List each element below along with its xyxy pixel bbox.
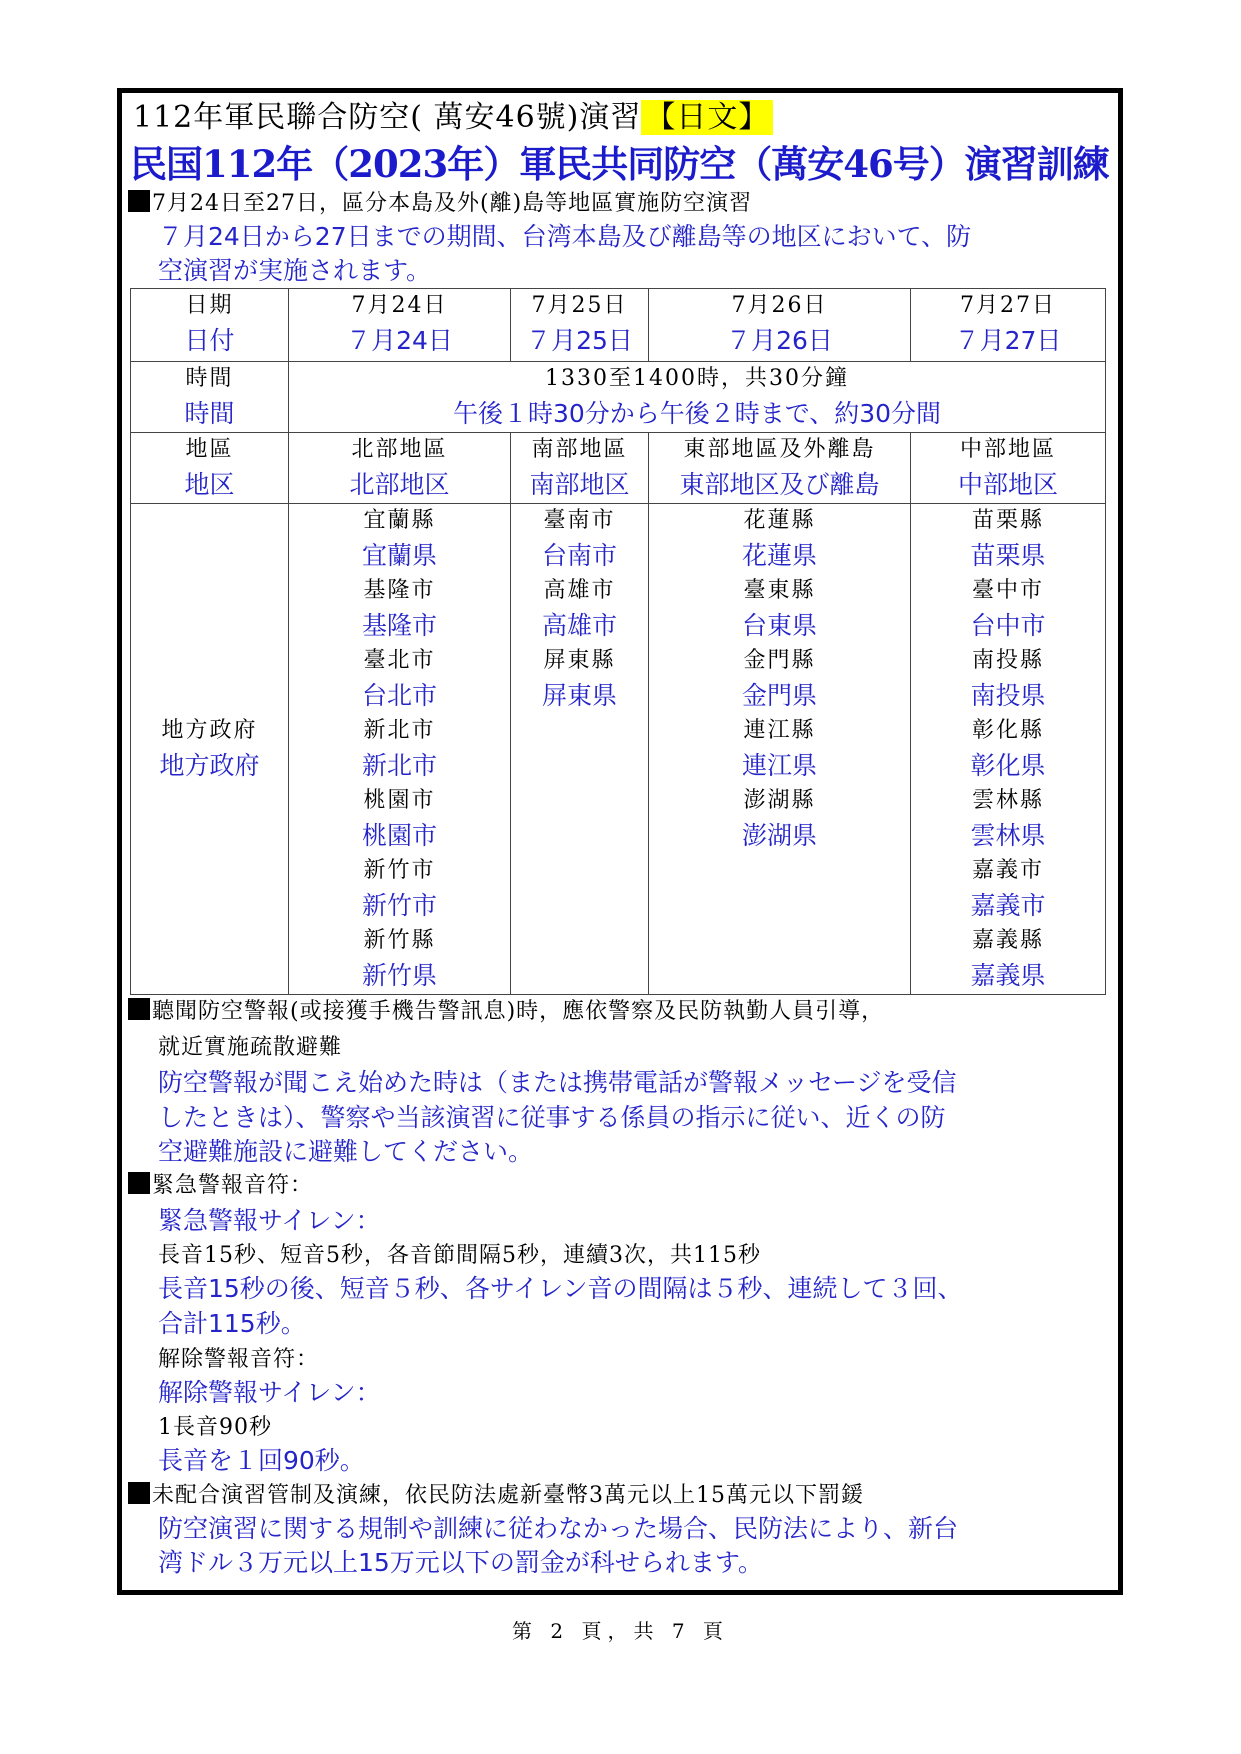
alert-siren-heading-zh: 緊急警報音符：	[128, 1170, 313, 1202]
gov-jp: 新竹市	[289, 888, 510, 924]
gov-zh: 嘉義市	[911, 854, 1105, 888]
title-text: 112年軍民聯合防空( 萬安46號)演習	[133, 100, 641, 135]
region-jp: 北部地区	[289, 467, 510, 503]
gov-jp: 台東県	[649, 608, 910, 644]
region-jp: 南部地区	[511, 467, 648, 503]
date-zh: 7月25日	[511, 289, 648, 323]
region-cell: 東部地區及外離島 東部地区及び離島	[649, 433, 911, 504]
table-row-date: 日期 日付 7月24日 ７月24日 7月25日 ７月25日 7月26日 ７月26…	[131, 289, 1106, 362]
row-header-local-government: 地方政府 地方政府	[131, 504, 289, 995]
gov-jp: 嘉義県	[911, 958, 1105, 994]
gov-jp: 苗栗県	[911, 538, 1105, 574]
alert-heading-text: 緊急警報音符：	[152, 1173, 313, 1198]
gov-list-east: 花蓮縣 花蓮県 臺東縣 台東県 金門縣 金門県 連江縣 連江県 澎湖縣 澎湖県	[649, 504, 911, 995]
gov-jp: 新北市	[289, 748, 510, 784]
region-zh: 南部地區	[511, 433, 648, 467]
date-jp: ７月27日	[911, 323, 1105, 359]
gov-jp: 桃園市	[289, 818, 510, 854]
gov-jp: 金門県	[649, 678, 910, 714]
date-cell: 7月25日 ７月25日	[511, 289, 649, 362]
gov-jp: 台北市	[289, 678, 510, 714]
gov-zh: 新竹市	[289, 854, 510, 888]
gov-list-central: 苗栗縣 苗栗県 臺中市 台中市 南投縣 南投県 彰化縣 彰化県 雲林縣 雲林県 …	[911, 504, 1106, 995]
clear-siren-heading-jp: 解除警報サイレン：	[158, 1376, 381, 1410]
gov-jp: 南投県	[911, 678, 1105, 714]
label-zh: 時間	[131, 362, 288, 396]
gov-zh: 花蓮縣	[649, 504, 910, 538]
date-zh: 7月24日	[289, 289, 510, 323]
row-header-date: 日期 日付	[131, 289, 289, 362]
evacuation-jp-line2: したときは）、警察や当該演習に従事する係員の指示に従い、近くの防	[158, 1101, 946, 1135]
gov-zh: 澎湖縣	[649, 784, 910, 818]
intro-zh: 7月24日至27日，區分本島及外(離)島等地區實施防空演習	[128, 188, 752, 220]
clear-siren-desc-jp: 長音を１回90秒。	[158, 1444, 365, 1478]
penalty-jp-line2: 湾ドル３万元以上15万元以下の罰金が科せられます。	[158, 1546, 763, 1580]
evacuation-jp-line1: 防空警報が聞こえ始めた時は（または携帯電話が警報メッセージを受信	[158, 1066, 957, 1100]
gov-zh: 新北市	[289, 714, 510, 748]
label-zh: 地區	[131, 433, 288, 467]
bullet-square-icon	[128, 190, 150, 212]
gov-zh: 臺中市	[911, 574, 1105, 608]
gov-zh: 彰化縣	[911, 714, 1105, 748]
document-title-zh: 112年軍民聯合防空( 萬安46號)演習【日文】	[133, 98, 773, 138]
region-jp: 東部地区及び離島	[649, 467, 910, 503]
intro-zh-text: 7月24日至27日，區分本島及外(離)島等地區實施防空演習	[152, 191, 752, 216]
gov-jp: 基隆市	[289, 608, 510, 644]
label-jp: 地方政府	[131, 748, 288, 784]
gov-jp: 連江県	[649, 748, 910, 784]
bullet-square-icon	[128, 1482, 150, 1504]
label-jp: 時間	[131, 396, 288, 432]
date-cell: 7月26日 ７月26日	[649, 289, 911, 362]
intro-jp-line1: ７月24日から27日までの期間、台湾本島及び離島等の地区において、防	[158, 220, 971, 254]
date-cell: 7月27日 ７月27日	[911, 289, 1106, 362]
region-cell: 中部地區 中部地区	[911, 433, 1106, 504]
date-jp: ７月26日	[649, 323, 910, 359]
document-title-jp: 民国112年（2023年）軍民共同防空（萬安46号）演習訓練	[130, 140, 1109, 188]
alert-siren-desc-zh: 長音15秒、短音5秒，各音節間隔5秒，連續3次，共115秒	[158, 1240, 761, 1272]
date-zh: 7月27日	[911, 289, 1105, 323]
time-zh: 1330至1400時，共30分鐘	[289, 362, 1105, 396]
label-zh: 地方政府	[131, 714, 288, 748]
language-tag-highlight: 【日文】	[641, 100, 773, 135]
gov-zh: 宜蘭縣	[289, 504, 510, 538]
evacuation-jp-line3: 空避難施設に避難してください。	[158, 1135, 533, 1169]
time-cell: 1330至1400時，共30分鐘 午後１時30分から午後２時まで、約30分間	[289, 362, 1106, 433]
gov-zh: 苗栗縣	[911, 504, 1105, 538]
bullet-square-icon	[128, 998, 150, 1020]
region-cell: 北部地區 北部地区	[289, 433, 511, 504]
region-zh: 東部地區及外離島	[649, 433, 910, 467]
gov-jp: 高雄市	[511, 608, 648, 644]
gov-zh: 南投縣	[911, 644, 1105, 678]
table-row-time: 時間 時間 1330至1400時，共30分鐘 午後１時30分から午後２時まで、約…	[131, 362, 1106, 433]
gov-list-south: 臺南市 台南市 高雄市 高雄市 屏東縣 屏東県	[511, 504, 649, 995]
gov-zh: 基隆市	[289, 574, 510, 608]
row-header-time: 時間 時間	[131, 362, 289, 433]
gov-jp: 彰化県	[911, 748, 1105, 784]
gov-zh: 新竹縣	[289, 924, 510, 958]
gov-jp: 嘉義市	[911, 888, 1105, 924]
evacuation-zh-text: 聽聞防空警報(或接獲手機告警訊息)時，應依警察及民防執勤人員引導，	[152, 999, 884, 1024]
gov-jp: 新竹県	[289, 958, 510, 994]
gov-zh: 臺東縣	[649, 574, 910, 608]
evacuation-zh-line2: 就近實施疏散避難	[158, 1032, 342, 1064]
clear-siren-desc-zh: 1長音90秒	[158, 1412, 272, 1444]
gov-zh: 臺南市	[511, 504, 648, 538]
intro-jp-line2: 空演習が実施されます。	[158, 254, 431, 288]
label-zh: 日期	[131, 289, 288, 323]
page-number: 第 2 頁，共 7 頁	[0, 1615, 1241, 1644]
penalty-zh-text: 未配合演習管制及演練，依民防法處新臺幣3萬元以上15萬元以下罰鍰	[152, 1483, 864, 1508]
region-zh: 中部地區	[911, 433, 1105, 467]
time-jp: 午後１時30分から午後２時まで、約30分間	[289, 396, 1105, 432]
clear-siren-heading-zh: 解除警報音符：	[158, 1344, 319, 1376]
date-cell: 7月24日 ７月24日	[289, 289, 511, 362]
gov-list-north: 宜蘭縣 宜蘭県 基隆市 基隆市 臺北市 台北市 新北市 新北市 桃園市 桃園市 …	[289, 504, 511, 995]
date-jp: ７月24日	[289, 323, 510, 359]
gov-zh: 高雄市	[511, 574, 648, 608]
gov-zh: 臺北市	[289, 644, 510, 678]
gov-jp: 花蓮県	[649, 538, 910, 574]
label-jp: 地区	[131, 467, 288, 503]
label-jp: 日付	[131, 323, 288, 359]
gov-zh: 金門縣	[649, 644, 910, 678]
alert-siren-desc-jp-line2: 合計115秒。	[158, 1307, 306, 1341]
gov-jp: 雲林県	[911, 818, 1105, 854]
penalty-zh: 未配合演習管制及演練，依民防法處新臺幣3萬元以上15萬元以下罰鍰	[128, 1480, 864, 1512]
penalty-jp-line1: 防空演習に関する規制や訓練に従わなかった場合、民防法により、新台	[158, 1512, 958, 1546]
region-zh: 北部地區	[289, 433, 510, 467]
gov-zh: 嘉義縣	[911, 924, 1105, 958]
gov-jp: 台南市	[511, 538, 648, 574]
gov-zh: 雲林縣	[911, 784, 1105, 818]
gov-jp: 台中市	[911, 608, 1105, 644]
alert-siren-heading-jp: 緊急警報サイレン：	[158, 1204, 381, 1238]
row-header-region: 地區 地区	[131, 433, 289, 504]
gov-jp: 宜蘭県	[289, 538, 510, 574]
schedule-table: 日期 日付 7月24日 ７月24日 7月25日 ７月25日 7月26日 ７月26…	[130, 288, 1106, 995]
date-zh: 7月26日	[649, 289, 910, 323]
table-row-region: 地區 地区 北部地區 北部地区 南部地區 南部地区 東部地區及外離島 東部地区及…	[131, 433, 1106, 504]
gov-zh: 桃園市	[289, 784, 510, 818]
region-jp: 中部地区	[911, 467, 1105, 503]
gov-jp: 澎湖県	[649, 818, 910, 854]
alert-siren-desc-jp-line1: 長音15秒の後、短音５秒、各サイレン音の間隔は５秒、連続して３回、	[158, 1272, 962, 1306]
region-cell: 南部地區 南部地区	[511, 433, 649, 504]
gov-jp: 屏東県	[511, 678, 648, 714]
bullet-square-icon	[128, 1172, 150, 1194]
evacuation-zh-line1: 聽聞防空警報(或接獲手機告警訊息)時，應依警察及民防執勤人員引導，	[128, 996, 884, 1028]
gov-zh: 屏東縣	[511, 644, 648, 678]
gov-zh: 連江縣	[649, 714, 910, 748]
table-row-local-government: 地方政府 地方政府 宜蘭縣 宜蘭県 基隆市 基隆市 臺北市 台北市 新北市 新北…	[131, 504, 1106, 995]
date-jp: ７月25日	[511, 323, 648, 359]
